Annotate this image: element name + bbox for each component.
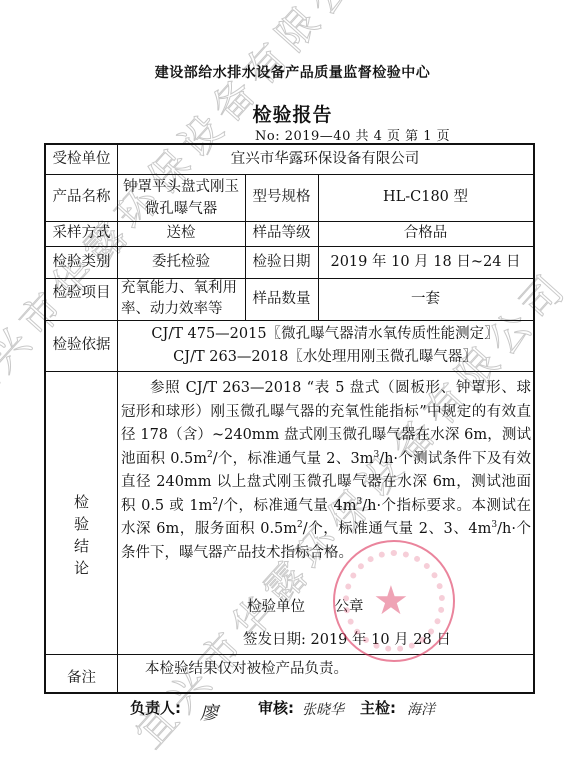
category-label: 检验类别 — [46, 246, 117, 278]
quantity-label: 样品数量 — [245, 278, 318, 320]
items-line1: 充氧能力、氧利用 — [121, 278, 237, 299]
report-title: 检验报告 — [0, 100, 565, 127]
grade-value: 合格品 — [318, 221, 533, 246]
model-label: 型号规格 — [245, 174, 318, 221]
remarks-label: 备注 — [46, 654, 117, 692]
items-label: 检验项目 — [46, 278, 117, 320]
issue-date: 签发日期: 2019 年 10 月 28 日 — [243, 629, 473, 651]
sampling-value: 送检 — [117, 221, 245, 246]
review-label: 审核: — [258, 697, 294, 718]
product-name-line1: 钟罩平头盘式刚玉 — [123, 176, 239, 198]
product-name-value: 钟罩平头盘式刚玉 微孔曝气器 — [117, 174, 245, 221]
inspection-unit-label: 检验单位 — [241, 596, 311, 618]
inspector-signature: 海洋 — [407, 699, 435, 719]
report-table: 受检单位 宜兴市华露环保设备有限公司 产品名称 钟罩平头盘式刚玉 微孔曝气器 型… — [44, 143, 535, 694]
basis-label: 检验依据 — [46, 320, 117, 371]
responsible-signature: 廖 — [200, 699, 218, 725]
organization-name: 建设部给水排水设备产品质量监督检验中心 — [0, 62, 565, 82]
conclusion-label-char: 论 — [74, 557, 89, 579]
conclusion-label-char: 检 — [74, 491, 89, 513]
model-value: HL-C180 型 — [318, 174, 533, 221]
basis-line-2: CJ/T 263—2018〖水处理用刚玉微孔曝气器〗 — [173, 346, 477, 369]
conclusion-text: 参照 CJ/T 263—2018 “表 5 盘式（圆板形、钟罩形、球冠形和球形）… — [121, 377, 531, 565]
remarks-value: 本检验结果仅对被检产品负责。 — [117, 654, 533, 684]
product-name-label: 产品名称 — [46, 174, 117, 221]
conclusion-label: 检 验 结 论 — [46, 491, 117, 579]
conclusion-section: 检 验 结 论 参照 CJ/T 263—2018 “表 5 盘式（圆板形、钟罩形… — [46, 371, 533, 654]
responsible-label: 负责人: — [130, 697, 181, 718]
basis-value: CJ/T 475—2015〖微孔曝气器清水氧传质性能测定〗 CJ/T 263—2… — [117, 320, 533, 371]
sampling-label: 采样方式 — [46, 221, 117, 246]
grade-label: 样品等级 — [245, 221, 318, 246]
product-name-line2: 微孔曝气器 — [145, 198, 218, 220]
seal-label: 公章 — [329, 596, 369, 618]
date-label: 检验日期 — [245, 246, 318, 278]
date-value: 2019 年 10 月 18 日~24 日 — [318, 246, 533, 278]
review-signature: 张晓华 — [302, 699, 344, 719]
client-value: 宜兴市华露环保设备有限公司 — [117, 145, 533, 174]
items-value: 充氧能力、氧利用 率、动力效率等 — [117, 278, 245, 320]
client-label: 受检单位 — [46, 145, 117, 174]
conclusion-label-char: 结 — [74, 535, 89, 557]
items-line2: 率、动力效率等 — [121, 299, 223, 320]
basis-line-1: CJ/T 475—2015〖微孔曝气器清水氧传质性能测定〗 — [151, 323, 498, 346]
quantity-value: 一套 — [318, 278, 533, 320]
category-value: 委托检验 — [117, 246, 245, 278]
conclusion-label-char: 验 — [74, 513, 89, 535]
report-number: No: 2019—40 共 4 页 第 1 页 — [255, 125, 450, 144]
inspector-label: 主检: — [360, 697, 396, 718]
